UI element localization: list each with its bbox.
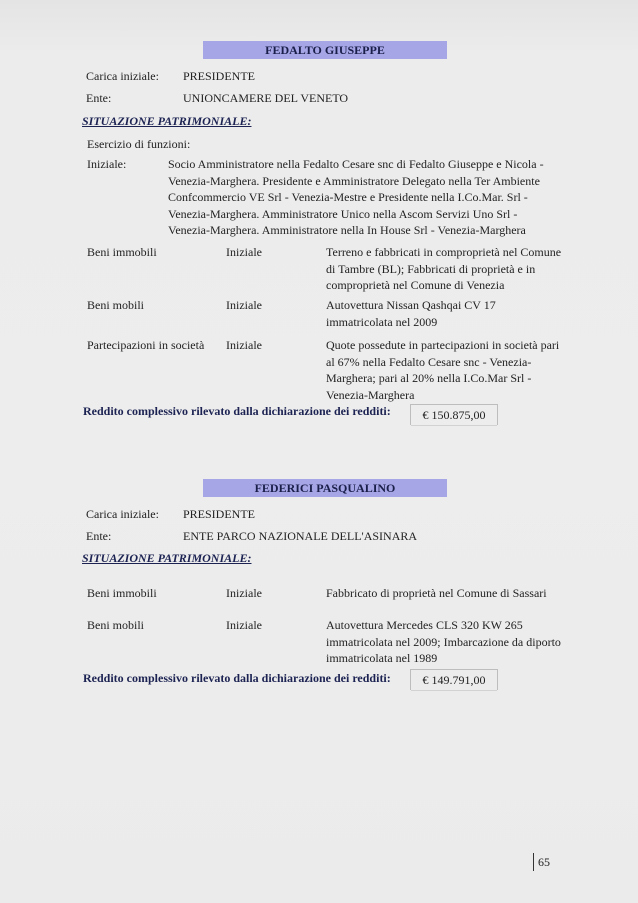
ente-value: UNIONCAMERE DEL VENETO: [183, 91, 348, 106]
description-line: immatricolata nel 1989: [326, 650, 576, 667]
carica-value: PRESIDENTE: [183, 69, 255, 84]
description-line: Fabbricato di proprietà nel Comune di Sa…: [326, 585, 576, 602]
description-line: Autovettura Nissan Qashqai CV 17: [326, 297, 566, 314]
description-line: Venezia-Marghera: [326, 387, 566, 404]
description-line: Venezia-Marghera. Amministratore nella I…: [168, 222, 568, 239]
asset-phase: Iniziale: [226, 618, 262, 633]
asset-description: Autovettura Mercedes CLS 320 KW 265 imma…: [326, 617, 576, 667]
reddito-label: Reddito complessivo rilevato dalla dichi…: [83, 671, 391, 686]
description-line: Venezia-Marghera. Presidente e Amministr…: [168, 173, 568, 190]
asset-phase: Iniziale: [226, 338, 262, 353]
carica-label: Carica iniziale:: [86, 507, 159, 522]
description-line: immatricolata nel 2009: [326, 314, 566, 331]
document-page: FEDALTO GIUSEPPE Carica iniziale: PRESID…: [0, 0, 638, 903]
reddito-amount: € 150.875,00: [410, 404, 498, 425]
description-line: Terreno e fabbricati in comproprietà nel…: [326, 244, 566, 261]
description-line: Socio Amministratore nella Fedalto Cesar…: [168, 156, 568, 173]
section-title-situazione-patrimoniale: SITUAZIONE PATRIMONIALE:: [82, 551, 251, 566]
description-line: Marghera; pari al 20% nella I.Co.Mar Srl…: [326, 370, 566, 387]
section-title-situazione-patrimoniale: SITUAZIONE PATRIMONIALE:: [82, 114, 251, 129]
asset-description: Fabbricato di proprietà nel Comune di Sa…: [326, 585, 576, 602]
asset-phase: Iniziale: [226, 586, 262, 601]
description-line: Confcommercio VE Srl - Venezia-Mestre e …: [168, 189, 568, 206]
carica-value: PRESIDENTE: [183, 507, 255, 522]
asset-phase: Iniziale: [226, 245, 262, 260]
carica-label: Carica iniziale:: [86, 69, 159, 84]
person-name-header: FEDERICI PASQUALINO: [203, 479, 447, 497]
asset-category: Beni mobili: [87, 298, 144, 313]
reddito-label: Reddito complessivo rilevato dalla dichi…: [83, 404, 391, 419]
iniziale-description: Socio Amministratore nella Fedalto Cesar…: [168, 156, 568, 239]
person-name-header: FEDALTO GIUSEPPE: [203, 41, 447, 59]
description-line: Quote possedute in partecipazioni in soc…: [326, 337, 566, 354]
asset-category: Partecipazioni in società: [87, 338, 204, 353]
description-line: immatricolata nel 2009; Imbarcazione da …: [326, 634, 576, 651]
ente-label: Ente:: [86, 91, 111, 106]
description-line: di Tambre (BL); Fabbricati di proprietà …: [326, 261, 566, 278]
asset-description: Terreno e fabbricati in comproprietà nel…: [326, 244, 566, 294]
description-line: Venezia-Marghera. Amministratore Unico n…: [168, 206, 568, 223]
esercizio-funzioni-label: Esercizio di funzioni:: [87, 137, 190, 152]
reddito-amount: € 149.791,00: [410, 669, 498, 690]
asset-category: Beni immobili: [87, 245, 157, 260]
iniziale-label: Iniziale:: [87, 157, 126, 172]
asset-description: Autovettura Nissan Qashqai CV 17 immatri…: [326, 297, 566, 330]
asset-phase: Iniziale: [226, 298, 262, 313]
asset-description: Quote possedute in partecipazioni in soc…: [326, 337, 566, 403]
asset-category: Beni mobili: [87, 618, 144, 633]
ente-value: ENTE PARCO NAZIONALE DELL'ASINARA: [183, 529, 417, 544]
description-line: comproprietà nel Comune di Venezia: [326, 277, 566, 294]
ente-label: Ente:: [86, 529, 111, 544]
page-number: 65: [533, 853, 550, 871]
description-line: al 67% nella Fedalto Cesare snc - Venezi…: [326, 354, 566, 371]
description-line: Autovettura Mercedes CLS 320 KW 265: [326, 617, 576, 634]
asset-category: Beni immobili: [87, 586, 157, 601]
